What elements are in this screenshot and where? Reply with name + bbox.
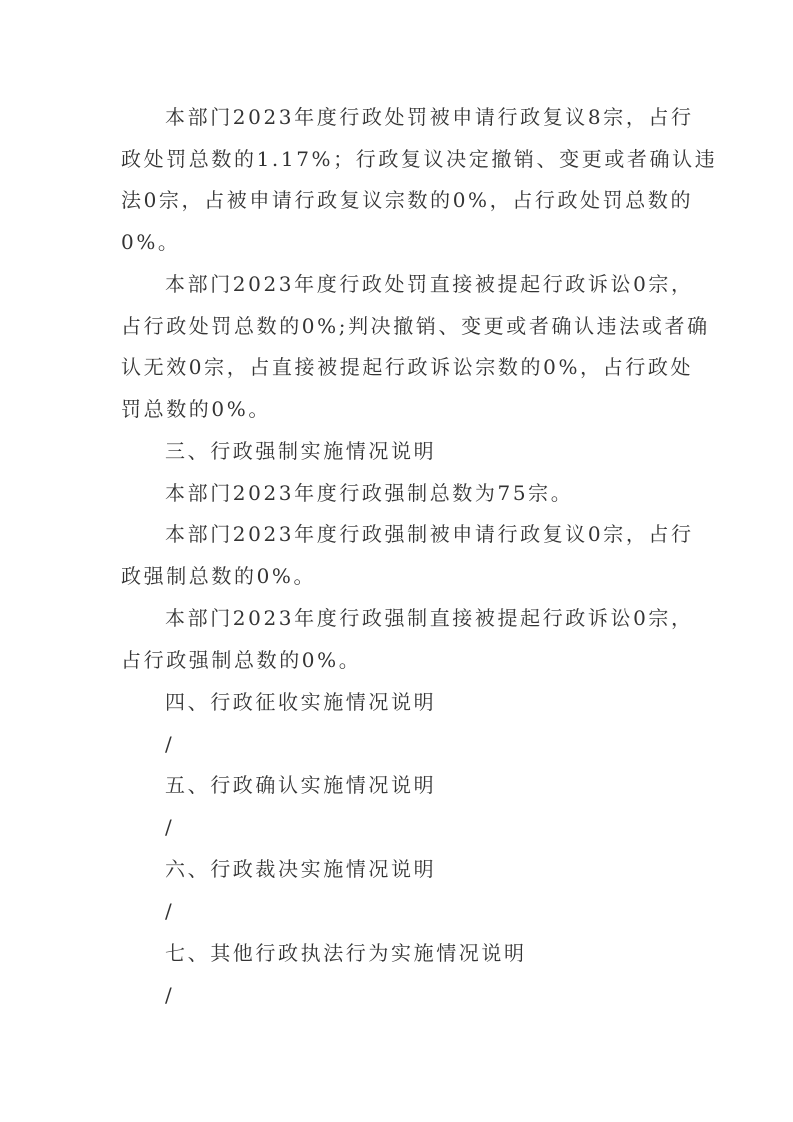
section-heading-adjudication: 六、行政裁决实施情况说明	[165, 856, 436, 882]
text-line: 政强制总数的0%。	[121, 563, 316, 589]
text-line: 罚总数的0%。	[121, 396, 271, 422]
section-heading-confirmation: 五、行政确认实施情况说明	[165, 772, 436, 798]
text-line: 本部门2023年度行政处罚被申请行政复议8宗，占行	[165, 104, 694, 130]
text-line: 本部门2023年度行政处罚直接被提起行政诉讼0宗，	[165, 271, 694, 297]
section-heading-enforcement: 三、行政强制实施情况说明	[165, 438, 436, 464]
text-line: 本部门2023年度行政强制直接被提起行政诉讼0宗，	[165, 605, 694, 631]
placeholder-slash: /	[165, 898, 172, 924]
section-heading-other-enforcement: 七、其他行政执法行为实施情况说明	[165, 940, 527, 966]
document-page: 本部门2023年度行政处罚被申请行政复议8宗，占行 政处罚总数的1.17%；行政…	[0, 0, 793, 1122]
placeholder-slash: /	[165, 814, 172, 840]
text-line: 0%。	[121, 229, 181, 255]
placeholder-slash: /	[165, 982, 172, 1008]
placeholder-slash: /	[165, 731, 172, 757]
text-line: 政处罚总数的1.17%；行政复议决定撤销、变更或者确认违	[121, 146, 717, 172]
text-line: 本部门2023年度行政强制被申请行政复议0宗，占行	[165, 521, 694, 547]
text-line: 占行政强制总数的0%。	[121, 647, 361, 673]
text-line: 认无效0宗，占直接被提起行政诉讼宗数的0%，占行政处	[121, 354, 693, 380]
text-line: 法0宗，占被申请行政复议宗数的0%，占行政处罚总数的	[121, 187, 693, 213]
paragraph-enforcement-total: 本部门2023年度行政强制总数为75宗。	[165, 480, 573, 506]
section-heading-collection: 四、行政征收实施情况说明	[165, 689, 436, 715]
text-line: 占行政处罚总数的0%;判决撤销、变更或者确认违法或者确	[121, 313, 710, 339]
